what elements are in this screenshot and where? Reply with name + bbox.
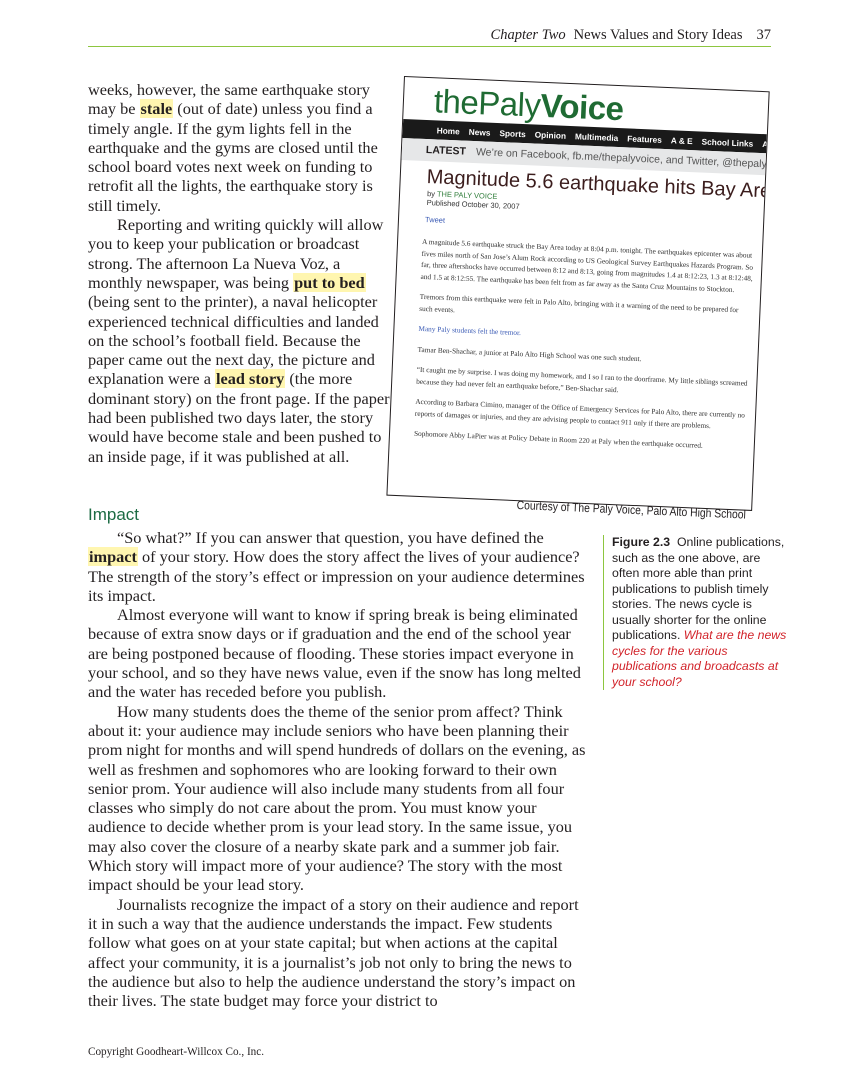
paragraph-reporting: Reporting and writing quickly will allow…: [88, 215, 398, 466]
paragraph-stale: weeks, however, the same earthquake stor…: [88, 80, 398, 215]
key-term-impact: impact: [88, 547, 138, 566]
figure-screenshot: thePalyVoice Home News Sports Opinion Mu…: [386, 76, 769, 511]
key-term-put-to-bed: put to bed: [293, 273, 366, 292]
chapter-label: Chapter Two: [491, 27, 566, 43]
article-subhead: Many Paly students felt the tremor.: [418, 323, 750, 348]
paragraph-so-what: “So what?” If you can answer that questi…: [88, 528, 588, 605]
caption-text: Online publications, such as the one abo…: [612, 535, 784, 642]
article-byline: by The Paly Voice Published October 30, …: [427, 189, 521, 211]
key-term-lead-story: lead story: [215, 369, 285, 388]
article-paragraph: “It caught me by surprise. I was doing m…: [416, 364, 749, 401]
nav-item-home: Home: [437, 125, 460, 136]
paragraph-journalists: Journalists recognize the impact of a st…: [88, 895, 588, 1011]
publish-date: Published October 30, 2007: [427, 198, 520, 211]
paragraph-prom: How many students does the theme of the …: [88, 702, 588, 895]
nav-item-sports: Sports: [499, 128, 526, 139]
impact-section-text: “So what?” If you can answer that questi…: [88, 528, 588, 1010]
running-head: Chapter TwoNews Values and Story Ideas37: [88, 26, 771, 47]
tweet-link: Tweet: [425, 215, 445, 225]
figure-caption: Figure 2.3 Online publications, such as …: [603, 535, 790, 690]
nav-item-a-and-e: A & E: [671, 135, 693, 146]
copyright-footer: Copyright Goodheart-Willcox Co., Inc.: [88, 1046, 264, 1058]
article-paragraph: Sophomore Abby LaPier was at Policy Deba…: [414, 428, 746, 453]
section-heading-impact: Impact: [88, 505, 139, 525]
article-paragraph: Tremors from this earthquake were felt i…: [419, 291, 752, 328]
latest-label: LATEST: [426, 144, 467, 158]
nav-item-news: News: [469, 126, 491, 137]
page-number: 37: [757, 26, 772, 44]
figure-label: Figure 2.3: [612, 535, 670, 549]
nav-item-archives: Archives: [762, 139, 770, 150]
nav-item-school-links: School Links: [701, 136, 753, 148]
article-paragraph: A magnitude 5.6 earthquake struck the Ba…: [420, 236, 754, 296]
nav-item-features: Features: [627, 133, 662, 144]
nav-item-multimedia: Multimedia: [575, 131, 619, 143]
website-screenshot-frame: thePalyVoice Home News Sports Opinion Mu…: [386, 76, 769, 511]
key-term-stale: stale: [140, 99, 174, 118]
left-column-text: weeks, however, the same earthquake stor…: [88, 80, 398, 466]
chapter-title: News Values and Story Ideas: [574, 27, 743, 43]
article-paragraph: According to Barbara Cimino, manager of …: [415, 396, 748, 433]
article-body: A magnitude 5.6 earthquake struck the Ba…: [413, 236, 754, 462]
article-paragraph: Tamar Ben-Shachar, a junior at Palo Alto…: [417, 343, 749, 368]
nav-item-opinion: Opinion: [535, 129, 567, 140]
paragraph-spring-break: Almost everyone will want to know if spr…: [88, 605, 588, 701]
